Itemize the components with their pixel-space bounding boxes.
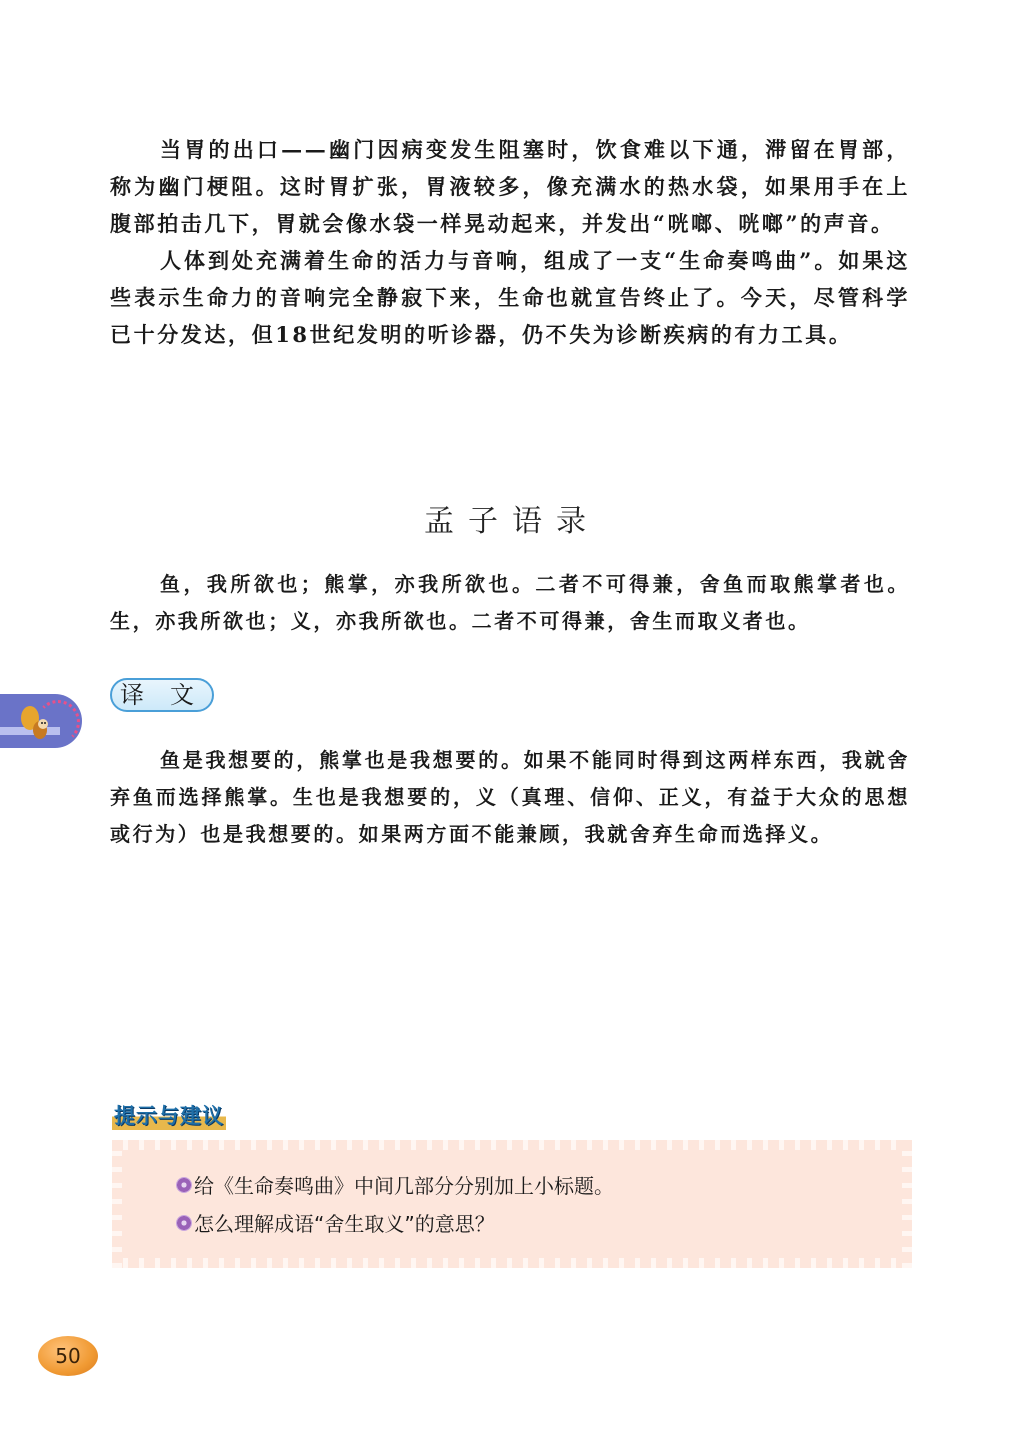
flower-bullet-icon	[176, 1215, 192, 1231]
squirrel-side-tab	[0, 694, 82, 748]
flower-bullet-icon	[176, 1177, 192, 1193]
article-paragraph-1: 当胃的出口——幽门因病变发生阻塞时，饮食难以下通，滞留在胃部，称为幽门梗阻。这时…	[110, 131, 910, 242]
hints-box: 给《生命奏鸣曲》中间几部分分别加上小标题。 怎么理解成语“舍生取义”的意思？	[112, 1140, 912, 1268]
hint-text: 给《生命奏鸣曲》中间几部分分别加上小标题。	[194, 1170, 614, 1199]
mencius-translation-text: 鱼是我想要的，熊掌也是我想要的。如果不能同时得到这两样东西，我就舍弃鱼而选择熊掌…	[110, 742, 910, 853]
page-number-badge: 50	[38, 1336, 98, 1376]
article-paragraph-2: 人体到处充满着生命的活力与音响，组成了一支“生命奏鸣曲”。如果这些表示生命力的音…	[110, 242, 910, 353]
perforated-border-top	[112, 1140, 912, 1150]
perforated-border-bottom	[112, 1258, 912, 1268]
perforated-border-right	[902, 1140, 912, 1268]
hint-item: 怎么理解成语“舍生取义”的意思？	[176, 1208, 495, 1237]
translation-label-badge: 译文	[110, 678, 214, 712]
hints-heading: 提示与建议	[112, 1100, 226, 1130]
perforated-border-left	[112, 1140, 122, 1268]
mencius-original-text: 鱼，我所欲也；熊掌，亦我所欲也。二者不可得兼，舍鱼而取熊掌者也。生，亦我所欲也；…	[110, 566, 910, 640]
section-title: 孟子语录	[0, 496, 1024, 540]
hint-text: 怎么理解成语“舍生取义”的意思？	[194, 1208, 495, 1237]
squirrel-icon	[18, 704, 54, 744]
hint-item: 给《生命奏鸣曲》中间几部分分别加上小标题。	[176, 1170, 614, 1199]
